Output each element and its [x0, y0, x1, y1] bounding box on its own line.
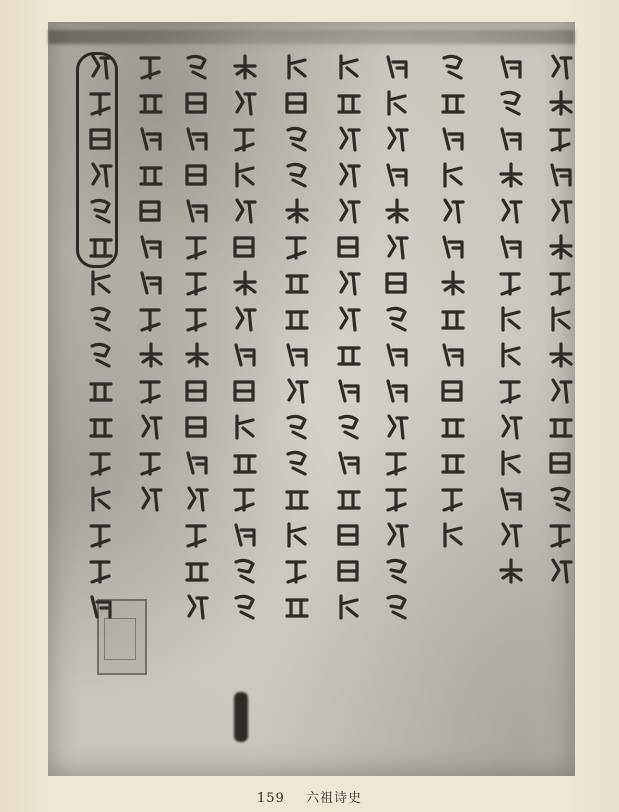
- script-glyph: [497, 232, 525, 262]
- script-glyph: [137, 484, 165, 514]
- script-glyph: [231, 304, 259, 334]
- script-glyph: [231, 556, 259, 586]
- script-glyph: [87, 376, 115, 406]
- script-glyph: [87, 52, 115, 82]
- script-glyph: [231, 232, 259, 262]
- damaged-top-edge: [48, 30, 575, 44]
- script-glyph: [137, 124, 165, 154]
- script-glyph: [547, 412, 575, 442]
- script-glyph: [383, 304, 411, 334]
- script-glyph: [183, 412, 211, 442]
- script-glyph: [383, 232, 411, 262]
- script-glyph: [283, 268, 311, 298]
- script-glyph: [137, 232, 165, 262]
- script-glyph: [183, 52, 211, 82]
- script-column: [436, 52, 470, 550]
- script-glyph: [547, 340, 575, 370]
- script-glyph: [547, 124, 575, 154]
- script-glyph: [439, 448, 467, 478]
- script-column: [280, 52, 314, 622]
- script-glyph: [383, 520, 411, 550]
- script-glyph: [497, 88, 525, 118]
- script-glyph: [383, 448, 411, 478]
- script-glyph: [231, 340, 259, 370]
- script-glyph: [183, 232, 211, 262]
- script-glyph: [497, 556, 525, 586]
- script-glyph: [283, 232, 311, 262]
- script-glyph: [547, 88, 575, 118]
- script-glyph: [183, 88, 211, 118]
- script-glyph: [547, 376, 575, 406]
- script-glyph: [183, 556, 211, 586]
- caption-title: 六祖诗史: [306, 791, 362, 806]
- script-glyph: [183, 268, 211, 298]
- script-glyph: [383, 592, 411, 622]
- script-glyph: [283, 124, 311, 154]
- script-glyph: [335, 556, 363, 586]
- script-glyph: [283, 196, 311, 226]
- script-glyph: [497, 448, 525, 478]
- script-glyph: [383, 556, 411, 586]
- script-glyph: [547, 556, 575, 586]
- script-glyph: [497, 160, 525, 190]
- script-glyph: [87, 196, 115, 226]
- script-column: [134, 52, 168, 514]
- script-glyph: [231, 412, 259, 442]
- script-glyph: [87, 484, 115, 514]
- script-glyph: [547, 160, 575, 190]
- ink-blot: [234, 692, 248, 742]
- script-glyph: [283, 484, 311, 514]
- script-glyph: [439, 484, 467, 514]
- script-glyph: [383, 340, 411, 370]
- script-glyph: [497, 124, 525, 154]
- script-glyph: [497, 412, 525, 442]
- script-glyph: [283, 340, 311, 370]
- script-glyph: [137, 448, 165, 478]
- script-glyph: [231, 88, 259, 118]
- script-glyph: [87, 88, 115, 118]
- script-glyph: [335, 448, 363, 478]
- script-glyph: [497, 520, 525, 550]
- script-glyph: [547, 232, 575, 262]
- script-glyph: [283, 520, 311, 550]
- script-column: [180, 52, 214, 622]
- script-glyph: [87, 556, 115, 586]
- script-glyph: [335, 160, 363, 190]
- script-glyph: [137, 196, 165, 226]
- script-glyph: [87, 304, 115, 334]
- script-glyph: [547, 52, 575, 82]
- script-glyph: [231, 196, 259, 226]
- script-glyph: [335, 124, 363, 154]
- script-glyph: [137, 340, 165, 370]
- script-glyph: [283, 412, 311, 442]
- script-glyph: [183, 196, 211, 226]
- script-glyph: [87, 592, 115, 622]
- script-glyph: [547, 484, 575, 514]
- script-glyph: [87, 124, 115, 154]
- script-glyph: [335, 52, 363, 82]
- script-glyph: [137, 412, 165, 442]
- script-glyph: [439, 232, 467, 262]
- figure-caption: 159 六祖诗史: [0, 787, 619, 806]
- script-column: [332, 52, 366, 622]
- script-glyph: [87, 412, 115, 442]
- script-glyph: [283, 160, 311, 190]
- script-glyph: [283, 52, 311, 82]
- manuscript-photo: [48, 22, 575, 776]
- script-column: [544, 52, 578, 586]
- script-glyph: [439, 52, 467, 82]
- script-glyph: [383, 52, 411, 82]
- script-glyph: [383, 124, 411, 154]
- script-glyph: [383, 196, 411, 226]
- script-glyph: [137, 376, 165, 406]
- seal-stamp-inner: [104, 618, 136, 660]
- script-column: [228, 52, 262, 622]
- script-glyph: [335, 196, 363, 226]
- script-glyph: [231, 520, 259, 550]
- script-glyph: [137, 160, 165, 190]
- script-glyph: [283, 448, 311, 478]
- script-glyph: [283, 556, 311, 586]
- script-glyph: [497, 376, 525, 406]
- script-glyph: [439, 88, 467, 118]
- script-glyph: [231, 124, 259, 154]
- script-glyph: [547, 268, 575, 298]
- script-glyph: [283, 376, 311, 406]
- script-glyph: [183, 520, 211, 550]
- script-glyph: [383, 268, 411, 298]
- script-glyph: [335, 268, 363, 298]
- script-glyph: [335, 520, 363, 550]
- script-glyph: [547, 520, 575, 550]
- script-glyph: [137, 88, 165, 118]
- script-glyph: [183, 484, 211, 514]
- script-glyph: [335, 412, 363, 442]
- script-glyph: [439, 124, 467, 154]
- script-glyph: [439, 268, 467, 298]
- script-glyph: [335, 304, 363, 334]
- script-glyph: [383, 88, 411, 118]
- script-glyph: [183, 304, 211, 334]
- script-glyph: [87, 160, 115, 190]
- script-glyph: [383, 412, 411, 442]
- script-glyph: [87, 448, 115, 478]
- script-glyph: [439, 160, 467, 190]
- script-glyph: [439, 304, 467, 334]
- script-glyph: [231, 160, 259, 190]
- script-glyph: [231, 376, 259, 406]
- script-glyph: [383, 484, 411, 514]
- script-column: [380, 52, 414, 622]
- script-glyph: [283, 592, 311, 622]
- script-glyph: [283, 304, 311, 334]
- script-glyph: [497, 484, 525, 514]
- script-glyph: [87, 232, 115, 262]
- script-glyph: [231, 52, 259, 82]
- script-glyph: [497, 196, 525, 226]
- script-glyph: [137, 52, 165, 82]
- script-glyph: [231, 484, 259, 514]
- script-glyph: [335, 232, 363, 262]
- script-glyph: [335, 484, 363, 514]
- script-glyph: [87, 520, 115, 550]
- script-glyph: [183, 160, 211, 190]
- script-glyph: [137, 304, 165, 334]
- script-glyph: [183, 124, 211, 154]
- script-glyph: [231, 448, 259, 478]
- script-glyph: [87, 268, 115, 298]
- script-glyph: [547, 304, 575, 334]
- script-glyph: [335, 88, 363, 118]
- script-column: [84, 52, 118, 622]
- script-glyph: [183, 592, 211, 622]
- script-glyph: [183, 448, 211, 478]
- script-column: [494, 52, 528, 586]
- script-glyph: [383, 160, 411, 190]
- script-glyph: [439, 340, 467, 370]
- script-glyph: [547, 196, 575, 226]
- script-glyph: [335, 340, 363, 370]
- script-glyph: [497, 52, 525, 82]
- script-glyph: [497, 340, 525, 370]
- script-glyph: [335, 376, 363, 406]
- script-glyph: [497, 268, 525, 298]
- script-glyph: [335, 592, 363, 622]
- script-glyph: [439, 196, 467, 226]
- script-glyph: [439, 520, 467, 550]
- script-glyph: [183, 376, 211, 406]
- script-glyph: [383, 376, 411, 406]
- page-number: 159: [257, 791, 285, 806]
- script-glyph: [497, 304, 525, 334]
- script-glyph: [439, 412, 467, 442]
- script-glyph: [87, 340, 115, 370]
- book-page: 159 六祖诗史: [0, 0, 619, 812]
- script-glyph: [547, 448, 575, 478]
- script-glyph: [283, 88, 311, 118]
- script-glyph: [231, 268, 259, 298]
- script-glyph: [439, 376, 467, 406]
- script-glyph: [231, 592, 259, 622]
- script-glyph: [137, 268, 165, 298]
- script-glyph: [183, 340, 211, 370]
